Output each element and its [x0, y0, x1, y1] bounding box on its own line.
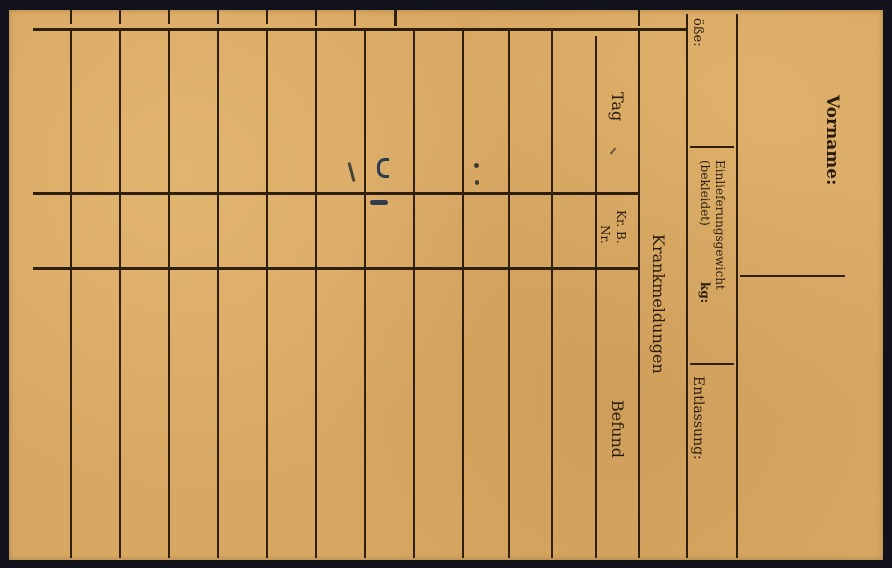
grid-column-line: [462, 31, 464, 558]
grid-column-line: [364, 31, 366, 558]
grid-column-line: [595, 36, 597, 558]
grid-column-line: [551, 31, 553, 558]
grid-tick: [315, 10, 317, 26]
kr-b-nr-header-line2: Nr.: [598, 225, 612, 244]
grid-tick: [266, 10, 268, 24]
krankmeldungen-title: Krankmeldungen: [649, 234, 668, 374]
entlassung-label: Entlassung:: [690, 376, 706, 460]
grid-column-line: [119, 31, 121, 558]
grid-tick: [394, 10, 397, 26]
einlieferungsgewicht-label: Einlieferungsgewicht: [713, 160, 727, 290]
section-divider: [686, 14, 688, 558]
pencil-mark: [377, 158, 389, 178]
befund-column-header: Befund: [608, 400, 627, 458]
tag-column-header: Tag: [608, 92, 627, 121]
groesse-label: öße:: [690, 18, 705, 47]
vorname-underline: [740, 275, 845, 277]
pencil-dot: [474, 163, 479, 168]
section-divider: [736, 14, 738, 558]
weight-box-top-rule: [690, 146, 734, 148]
vorname-label: Vorname:: [822, 95, 842, 185]
top-rule: [33, 28, 686, 31]
row-rule-1: [33, 192, 638, 195]
grid-tick: [354, 10, 356, 26]
pencil-dot: [475, 180, 479, 185]
grid-column-line: [266, 31, 268, 558]
grid-column-line: [413, 31, 415, 558]
bekleidet-label: (bekleidet): [698, 160, 712, 226]
grid-column-line: [70, 31, 72, 558]
grid-column-line: [638, 31, 640, 558]
grid-tick: [638, 10, 640, 26]
kr-b-nr-header-line1: Kr. B.: [614, 210, 628, 244]
kg-label: kg:: [698, 282, 712, 303]
scanned-card: öße: Vorname: Einlieferungsgewicht (bekl…: [0, 0, 892, 568]
weight-box-bottom-rule: [690, 363, 734, 365]
grid-column-line: [168, 31, 170, 558]
grid-column-line: [315, 31, 317, 558]
grid-column-line: [508, 31, 510, 558]
grid-tick: [168, 10, 170, 24]
grid-tick: [119, 10, 121, 24]
grid-tick: [70, 10, 72, 24]
grid-column-line: [217, 31, 219, 558]
row-rule-2: [33, 267, 638, 270]
grid-tick: [217, 10, 219, 24]
form-card: [9, 10, 883, 560]
pencil-mark: [370, 200, 388, 205]
